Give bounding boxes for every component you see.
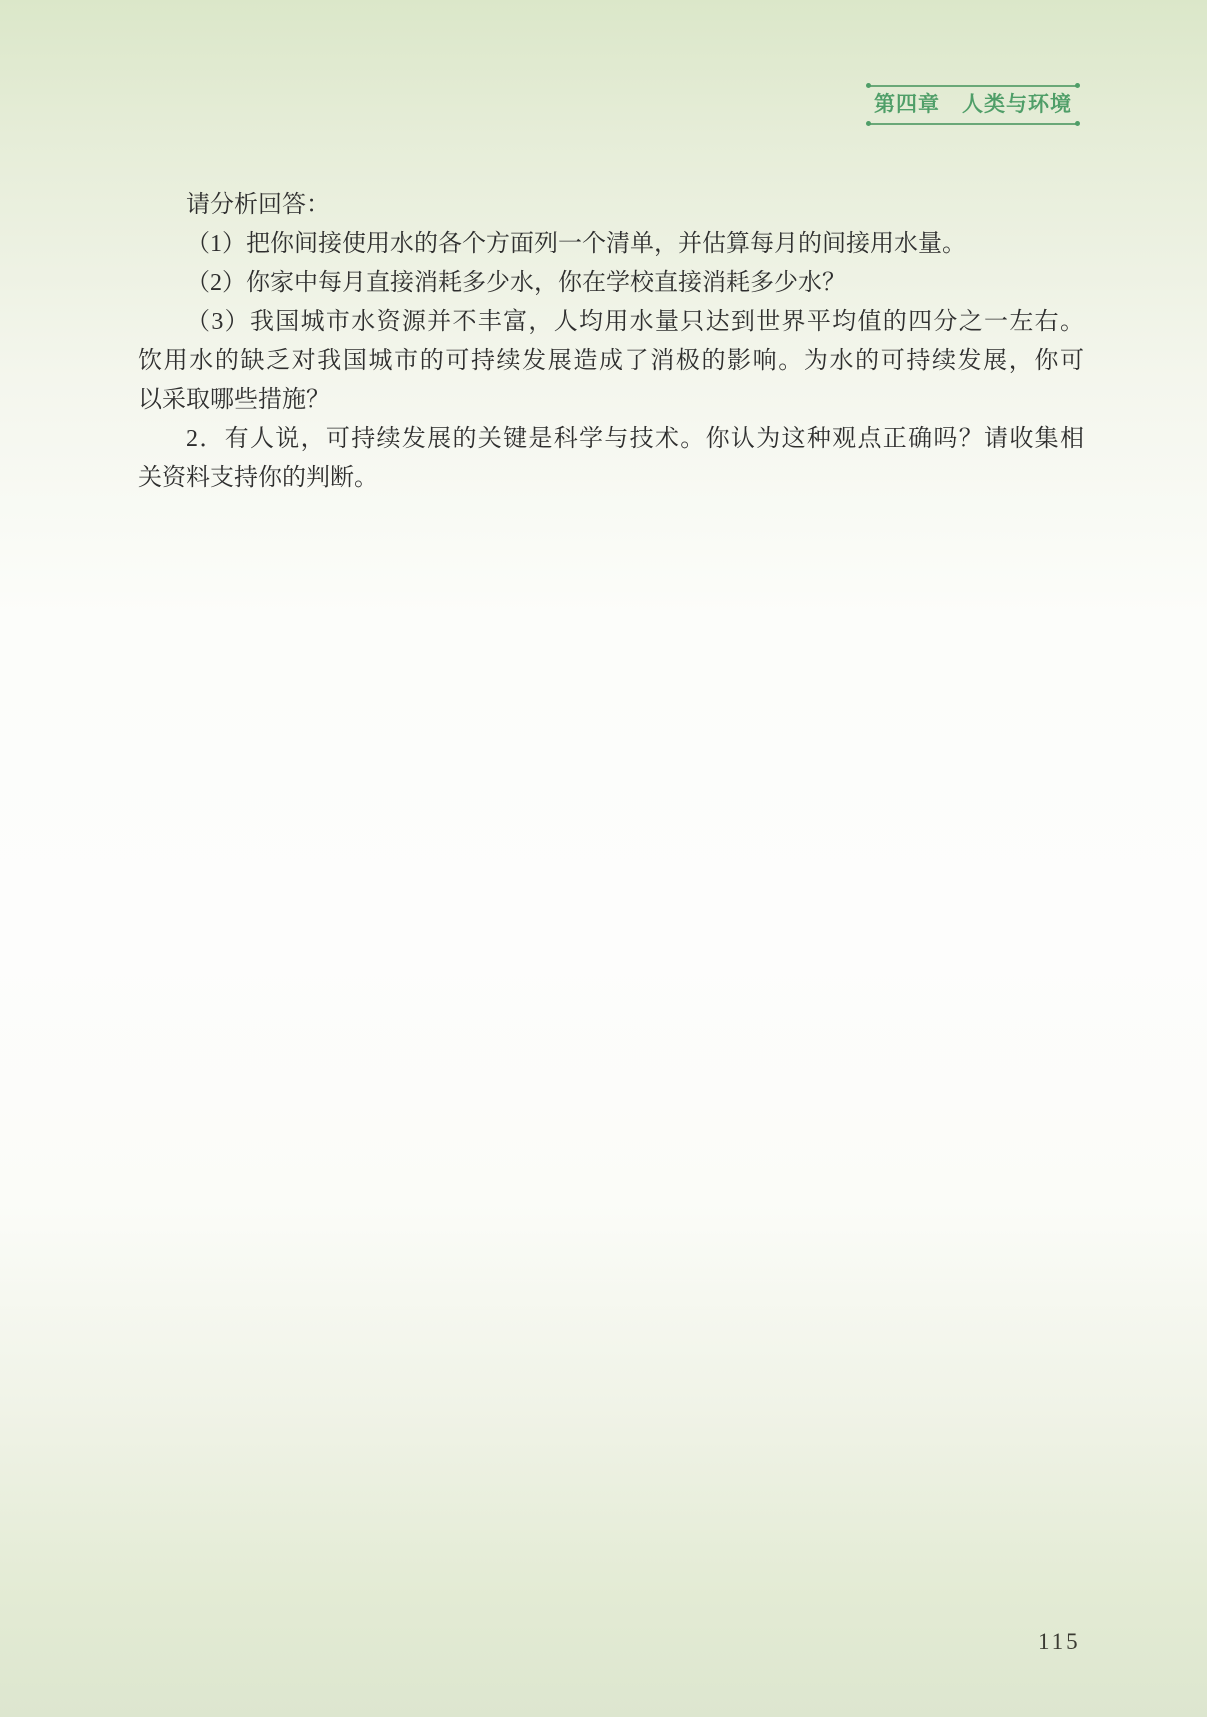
body-text: 请分析回答：（1）把你间接使用水的各个方面列一个清单，并估算每月的间接用水量。（… bbox=[138, 186, 1084, 498]
textbook-page: { "header": { "chapter_title": "第四章 人类与环… bbox=[0, 0, 1207, 1717]
header-rule-bottom bbox=[868, 123, 1078, 125]
header-rule-top bbox=[868, 85, 1078, 87]
chapter-title: 第四章 人类与环境 bbox=[868, 87, 1078, 123]
chapter-header: 第四章 人类与环境 bbox=[868, 85, 1078, 125]
text-line: （1）把你间接使用水的各个方面列一个清单，并估算每月的间接用水量。 bbox=[138, 225, 1084, 264]
text-line: 饮用水的缺乏对我国城市的可持续发展造成了消极的影响。为水的可持续发展，你可 bbox=[138, 342, 1084, 381]
text-line: （2）你家中每月直接消耗多少水，你在学校直接消耗多少水？ bbox=[138, 264, 1084, 303]
text-line: 2．有人说，可持续发展的关键是科学与技术。你认为这种观点正确吗？请收集相 bbox=[138, 420, 1084, 459]
text-line: 请分析回答： bbox=[138, 186, 1084, 225]
text-line: （3）我国城市水资源并不丰富，人均用水量只达到世界平均值的四分之一左右。 bbox=[138, 303, 1084, 342]
page-number: 115 bbox=[1038, 1629, 1081, 1655]
text-line: 关资料支持你的判断。 bbox=[138, 459, 1084, 498]
text-line: 以采取哪些措施？ bbox=[138, 381, 1084, 420]
